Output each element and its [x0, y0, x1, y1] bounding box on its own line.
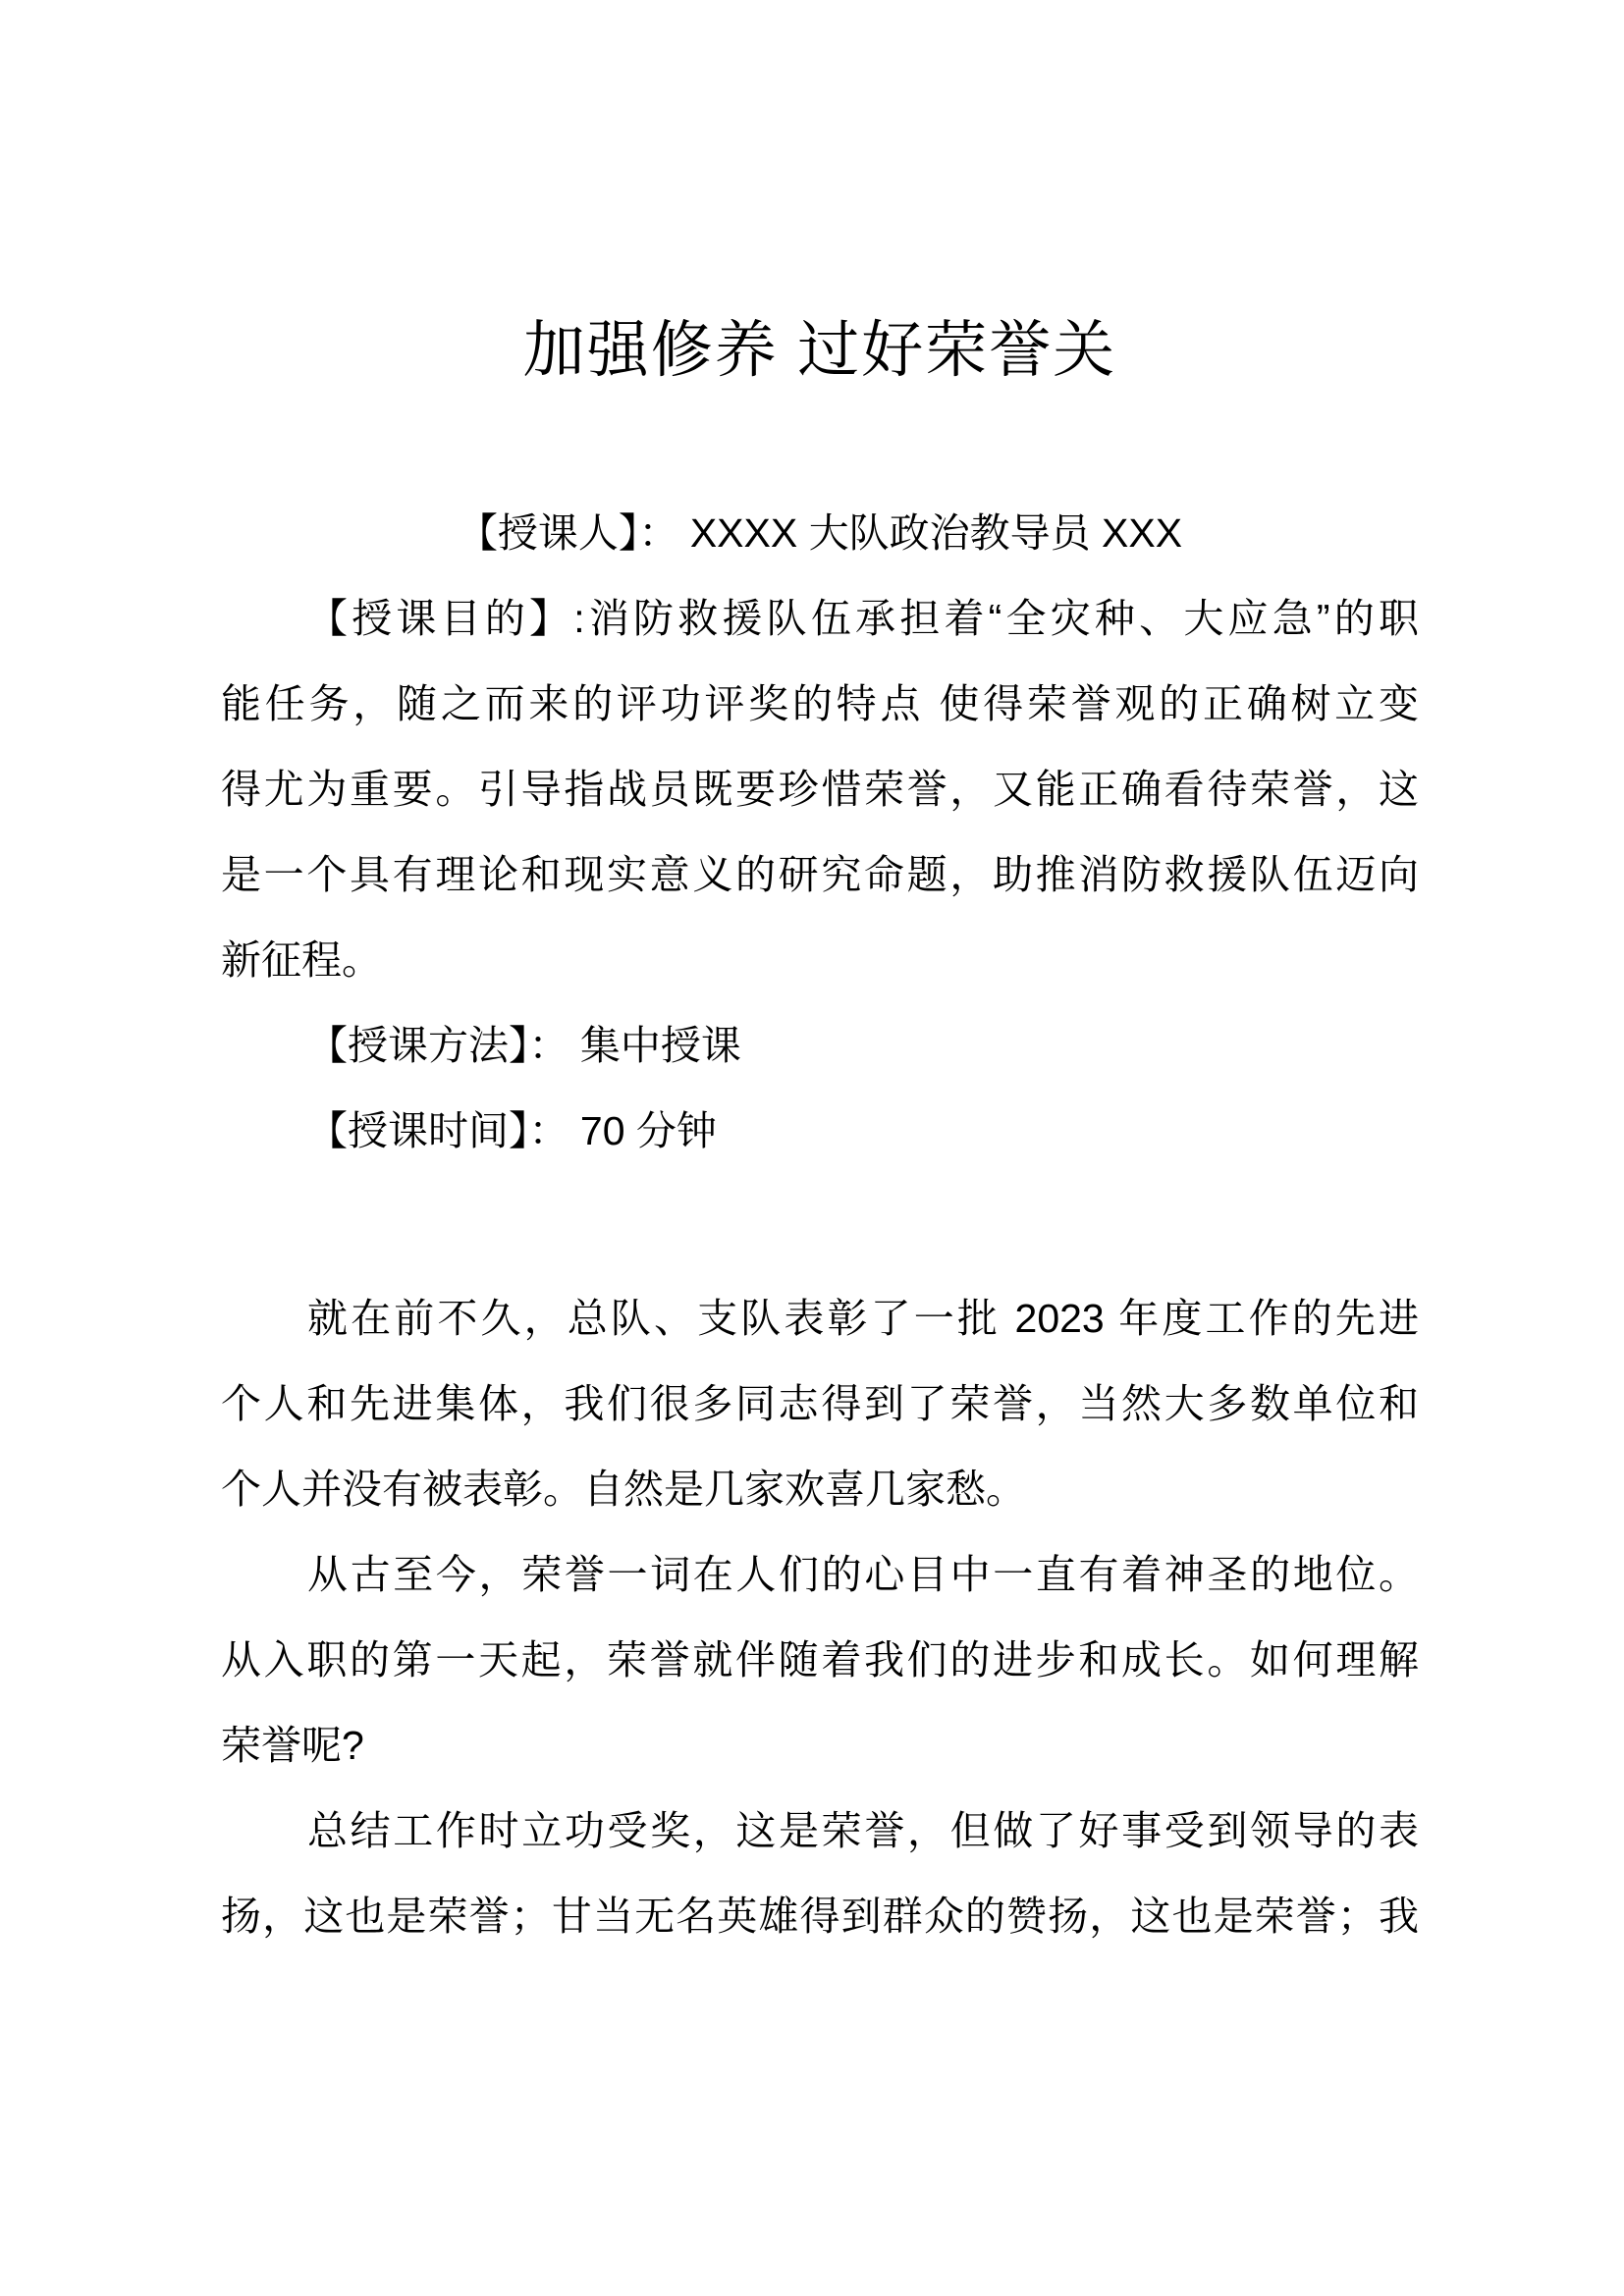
- text-line: 荣誉呢?: [221, 1703, 1419, 1789]
- text-line: 个人并没有被表彰。自然是几家欢喜几家愁。: [221, 1447, 1419, 1532]
- document-title: 加强修养 过好荣誉关: [221, 316, 1419, 385]
- text-line: 就在前不久，总队、支队表彰了一批 2023 年度工作的先进: [221, 1276, 1419, 1362]
- document-page: 加强修养 过好荣誉关 【授课人】： XXXX 大队政治教导员 XXX【授课目的】…: [0, 0, 1624, 2296]
- text-line: 从古至今，荣誉一词在人们的心目中一直有着神圣的地位。: [221, 1532, 1419, 1618]
- text-line: 扬，这也是荣誉；甘当无名英雄得到群众的赞扬，这也是荣誉；我: [221, 1874, 1419, 1959]
- text-line: 新征程。: [221, 918, 1419, 1003]
- text-body: 【授课人】： XXXX 大队政治教导员 XXX【授课目的】:消防救援队伍承担着“…: [221, 491, 1419, 1959]
- text-line: 总结工作时立功受奖，这是荣誉，但做了好事受到领导的表: [221, 1789, 1419, 1874]
- text-line: 从入职的第一天起，荣誉就伴随着我们的进步和成长。如何理解: [221, 1618, 1419, 1703]
- meta-instructor-line: 【授课人】： XXXX 大队政治教导员 XXX: [221, 491, 1419, 576]
- text-line: 个人和先进集体，我们很多同志得到了荣誉，当然大多数单位和: [221, 1362, 1419, 1447]
- meta-duration-line: 【授课时间】： 70 分钟: [221, 1089, 1419, 1174]
- paragraph-spacer: [221, 1174, 1419, 1276]
- meta-method-line: 【授课方法】： 集中授课: [221, 1003, 1419, 1089]
- text-line: 得尤为重要。引导指战员既要珍惜荣誉，又能正确看待荣誉，这: [221, 747, 1419, 832]
- text-line: 是一个具有理论和现实意义的研究命题，助推消防救援队伍迈向: [221, 832, 1419, 918]
- text-line: 能任务，随之而来的评功评奖的特点 使得荣誉观的正确树立变: [221, 662, 1419, 747]
- meta-purpose-line: 【授课目的】:消防救援队伍承担着“全灾种、大应急”的职: [221, 576, 1419, 662]
